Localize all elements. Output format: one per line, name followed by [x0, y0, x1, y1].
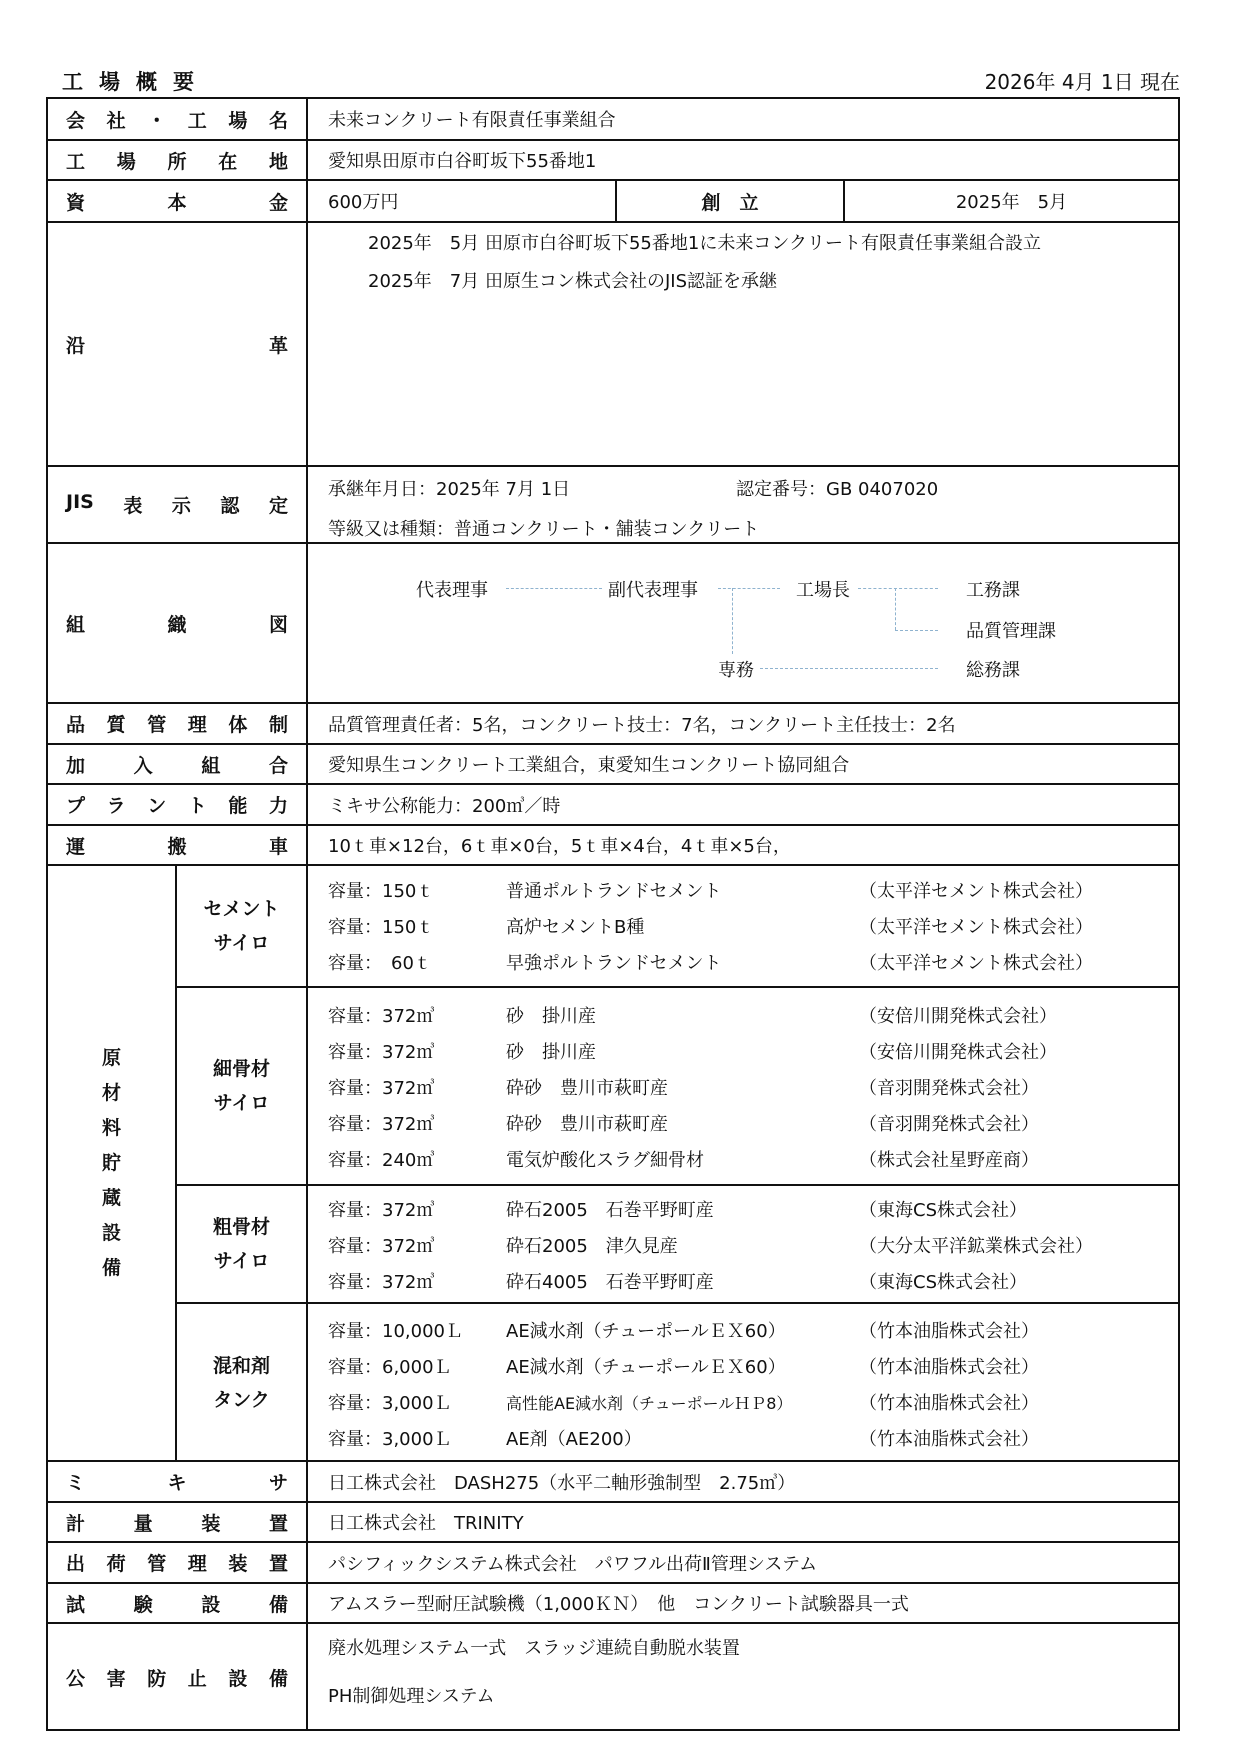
item-maker: （竹本油脂株式会社） [859, 1389, 1039, 1415]
row-history: 沿革 2025年 5月 田原市白谷町坂下55番地1に未来コンクリート有限責任事業… [48, 221, 1178, 465]
storage-item: 容量：372㎥砕砂 豊川市萩町産（音羽開発株式会社） [328, 1105, 1178, 1141]
item-maker: （安倍川開発株式会社） [859, 1002, 1057, 1028]
storage-group-admixture: 混和剤タンク 容量：10,000ＬAE減水剤（チューポールＥＸ60）（竹本油脂株… [177, 1302, 1178, 1462]
storage-item: 容量： 60ｔ早強ポルトランドセメント（太平洋セメント株式会社） [328, 944, 1178, 980]
label-char: 料 [102, 1111, 121, 1146]
item-capacity: 容量：10,000Ｌ [328, 1317, 506, 1343]
as-of-date: 2026年 4月 1日 現在 [985, 66, 1180, 95]
value-location: 愛知県田原市白谷町坂下55番地1 [308, 141, 1178, 179]
item-capacity: 容量：372㎥ [328, 1110, 506, 1136]
founded-label: 創 立 [617, 181, 843, 221]
org-connector [506, 588, 602, 589]
label-char: ト [188, 791, 207, 818]
item-maker: （竹本油脂株式会社） [859, 1317, 1039, 1343]
history-entry: 2025年 5月 田原市白谷町坂下55番地1に未来コンクリート有限責任事業組合設… [368, 229, 1041, 255]
pollution-line: 廃水処理システム一式 スラッジ連続自動脱水装置 [328, 1634, 740, 1660]
row-quality-system: 品質管理体制 品質管理責任者：5名，コンクリート技士：7名，コンクリート主任技士… [48, 702, 1178, 743]
label-char: 備 [102, 1251, 121, 1286]
item-capacity: 容量： 60ｔ [328, 949, 506, 975]
item-name: 電気炉酸化スラグ細骨材 [506, 1146, 859, 1172]
item-capacity: 容量：3,000Ｌ [328, 1425, 506, 1451]
org-connector [895, 588, 896, 630]
label-admixture-tank: 混和剤タンク [177, 1304, 308, 1462]
org-node-plant-manager: 工場長 [796, 576, 850, 602]
storage-item: 容量：150ｔ高炉セメントB種（太平洋セメント株式会社） [328, 908, 1178, 944]
label-char: 品 [66, 710, 85, 737]
item-name: 砂 掛川産 [506, 1038, 859, 1064]
history-entry: 2025年 7月 田原生コン株式会社のJIS認証を承継 [368, 267, 777, 293]
item-maker: （音羽開発株式会社） [859, 1110, 1039, 1136]
label-char: 図 [269, 610, 288, 637]
label-batching: 計量装置 [48, 1503, 308, 1541]
item-capacity: 容量：150ｔ [328, 913, 506, 939]
label-jis: JIS表示認定 [48, 467, 308, 542]
label-char: 革 [269, 331, 288, 358]
label-char: 止 [188, 1664, 207, 1691]
label-char: 防 [147, 1664, 166, 1691]
row-org-chart: 組織図 代表理事 副代表理事 工場長 工務課 品質管理課 専務 総務課 [48, 542, 1178, 702]
storage-item: 容量：6,000ＬAE減水剤（チューポールＥＸ60）（竹本油脂株式会社） [328, 1348, 1178, 1384]
item-capacity: 容量：372㎥ [328, 1002, 506, 1028]
storage-item: 容量：150ｔ普通ポルトランドセメント（太平洋セメント株式会社） [328, 872, 1178, 908]
value-quality-system: 品質管理責任者：5名，コンクリート技士：7名，コンクリート主任技士：2名 [308, 704, 1178, 743]
label-char: 運 [66, 832, 85, 859]
plant-overview-table: 会社・工場名 未来コンクリート有限責任事業組合 工場所在地 愛知県田原市白谷町坂… [46, 97, 1180, 1731]
row-testing: 試験設備 アムスラー型耐圧試験機（1,000ＫＮ） 他 コンクリート試験器具一式 [48, 1582, 1178, 1622]
value-mixer: 日工株式会社 DASH275（水平二軸形強制型 2.75㎥） [308, 1462, 1178, 1501]
row-capital: 資本金 600万円 創 立 2025年 5月 [48, 179, 1178, 221]
label-char: 搬 [167, 832, 186, 859]
label-char: 設 [102, 1216, 121, 1251]
label-char: JIS [66, 491, 94, 518]
label-char: 験 [134, 1590, 153, 1617]
label-char: 合 [269, 751, 288, 778]
row-pollution: 公害防止設備 廃水処理システム一式 スラッジ連続自動脱水装置 PH制御処理システ… [48, 1622, 1178, 1731]
label-char: 名 [269, 106, 288, 133]
label-capital: 資本金 [48, 181, 308, 221]
item-capacity: 容量：372㎥ [328, 1268, 506, 1294]
org-connector [718, 588, 780, 589]
founded-value: 2025年 5月 [845, 181, 1178, 221]
row-location: 工場所在地 愛知県田原市白谷町坂下55番地1 [48, 139, 1178, 179]
label-char: 組 [66, 610, 85, 637]
org-node-chairman: 代表理事 [416, 576, 488, 602]
label-char: 場 [117, 147, 136, 174]
label-char: 工 [188, 106, 207, 133]
label-company: 会社・工場名 [48, 99, 308, 139]
label-pollution: 公害防止設備 [48, 1624, 308, 1731]
label-char: 加 [66, 751, 85, 778]
value-plant-capacity: ミキサ公称能力：200㎥／時 [308, 785, 1178, 824]
storage-item: 容量：240㎥電気炉酸化スラグ細骨材（株式会社星野産商） [328, 1141, 1178, 1177]
item-name: AE剤（AE200） [506, 1425, 859, 1451]
storage-item: 容量：372㎥砕石2005 石巻平野町産（東海CS株式会社） [328, 1191, 1178, 1227]
label-char: 工 [66, 147, 85, 174]
label-storage: 原材料貯蔵設備 [48, 866, 177, 1460]
org-connector [895, 630, 938, 631]
storage-item: 容量：372㎥砕石4005 石巻平野町産（東海CS株式会社） [328, 1263, 1178, 1299]
label-char: 置 [269, 1549, 288, 1576]
group-label-line: 細骨材 [213, 1052, 270, 1086]
item-capacity: 容量：372㎥ [328, 1074, 506, 1100]
label-char: 会 [66, 106, 85, 133]
row-shipping: 出荷管理装置 パシフィックシステム株式会社 パワフル出荷Ⅱ管理システム [48, 1541, 1178, 1582]
label-char: プ [66, 791, 85, 818]
label-char: 貯 [102, 1146, 121, 1181]
row-company: 会社・工場名 未来コンクリート有限責任事業組合 [48, 99, 1178, 139]
label-char: 車 [269, 832, 288, 859]
label-location: 工場所在地 [48, 141, 308, 179]
item-maker: （株式会社星野産商） [859, 1146, 1039, 1172]
storage-group-cement: セメントサイロ 容量：150ｔ普通ポルトランドセメント（太平洋セメント株式会社）… [177, 866, 1178, 986]
page-title: 工場概要 [62, 66, 210, 96]
item-maker: （竹本油脂株式会社） [859, 1353, 1039, 1379]
label-char: 備 [269, 1664, 288, 1691]
label-char: サ [269, 1468, 288, 1495]
label-org-chart: 組織図 [48, 544, 308, 702]
label-char: 置 [269, 1509, 288, 1536]
label-plant-capacity: プラント能力 [48, 785, 308, 824]
row-jis: JIS表示認定 承継年月日：2025年 7月 1日 認定番号：GB 040702… [48, 465, 1178, 542]
label-quality-system: 品質管理体制 [48, 704, 308, 743]
jis-grade: 等級又は種類：普通コンクリート・舗装コンクリート [328, 515, 759, 541]
label-char: 管 [147, 710, 166, 737]
item-capacity: 容量：372㎥ [328, 1232, 506, 1258]
label-history: 沿革 [48, 223, 308, 465]
label-char: 入 [134, 751, 153, 778]
label-char: 資 [66, 188, 85, 215]
storage-item: 容量：3,000ＬAE剤（AE200）（竹本油脂株式会社） [328, 1420, 1178, 1456]
row-storage: 原材料貯蔵設備 セメントサイロ 容量：150ｔ普通ポルトランドセメント（太平洋セ… [48, 864, 1178, 1460]
group-label-line: サイロ [214, 926, 270, 960]
storage-group-fine-aggregate: 細骨材サイロ 容量：372㎥砂 掛川産（安倍川開発株式会社）容量：372㎥砂 掛… [177, 986, 1178, 1184]
item-name: 高炉セメントB種 [506, 913, 859, 939]
label-char: 出 [66, 1549, 85, 1576]
label-char: 表 [123, 491, 142, 518]
label-char: 体 [228, 710, 247, 737]
value-trucks: 10ｔ車×12台，6ｔ車×0台，5ｔ車×4台，4ｔ車×5台， [308, 826, 1178, 864]
item-name: 砕石4005 石巻平野町産 [506, 1268, 859, 1294]
label-char: 沿 [66, 331, 85, 358]
label-cement-silo: セメントサイロ [177, 866, 308, 986]
org-connector [760, 668, 938, 669]
label-union: 加入組合 [48, 745, 308, 783]
item-capacity: 容量：6,000Ｌ [328, 1353, 506, 1379]
item-name: 砕石2005 石巻平野町産 [506, 1196, 859, 1222]
label-char: ラ [107, 791, 126, 818]
label-char: 理 [188, 710, 207, 737]
row-trucks: 運搬車 10ｔ車×12台，6ｔ車×0台，5ｔ車×4台，4ｔ車×5台， [48, 824, 1178, 864]
item-name: 早強ポルトランドセメント [506, 949, 859, 975]
org-connector [858, 588, 938, 589]
storage-item: 容量：372㎥砕砂 豊川市萩町産（音羽開発株式会社） [328, 1069, 1178, 1105]
label-char: 備 [269, 1590, 288, 1617]
item-maker: （太平洋セメント株式会社） [859, 949, 1093, 975]
item-name: 普通ポルトランドセメント [506, 877, 859, 903]
item-capacity: 容量：150ｔ [328, 877, 506, 903]
label-char: 量 [134, 1509, 153, 1536]
label-char: 蔵 [102, 1181, 121, 1216]
org-node-vice-chairman: 副代表理事 [608, 576, 698, 602]
group-label-line: 混和剤 [213, 1349, 270, 1383]
value-company: 未来コンクリート有限責任事業組合 [308, 99, 1178, 139]
item-maker: （安倍川開発株式会社） [859, 1038, 1057, 1064]
group-label-line: サイロ [214, 1244, 270, 1278]
label-char: キ [167, 1468, 186, 1495]
label-char: 計 [66, 1509, 85, 1536]
row-plant-capacity: プラント能力 ミキサ公称能力：200㎥／時 [48, 783, 1178, 824]
label-char: 制 [269, 710, 288, 737]
label-char: 装 [201, 1509, 220, 1536]
label-char: 原 [102, 1041, 121, 1076]
label-char: 能 [228, 791, 247, 818]
storage-item: 容量：372㎥砂 掛川産（安倍川開発株式会社） [328, 997, 1178, 1033]
storage-item: 容量：372㎥砕石2005 津久見産（大分太平洋鉱業株式会社） [328, 1227, 1178, 1263]
label-mixer: ミキサ [48, 1462, 308, 1501]
label-char: 設 [201, 1590, 220, 1617]
row-mixer: ミキサ 日工株式会社 DASH275（水平二軸形強制型 2.75㎥） [48, 1460, 1178, 1501]
label-char: 試 [66, 1590, 85, 1617]
label-char: 認 [220, 491, 239, 518]
storage-item: 容量：10,000ＬAE減水剤（チューポールＥＸ60）（竹本油脂株式会社） [328, 1312, 1178, 1348]
jis-succession-date: 承継年月日：2025年 7月 1日 [328, 475, 570, 501]
value-testing: アムスラー型耐圧試験機（1,000ＫＮ） 他 コンクリート試験器具一式 [308, 1584, 1178, 1622]
item-capacity: 容量：372㎥ [328, 1196, 506, 1222]
org-connector [732, 588, 733, 654]
item-maker: （竹本油脂株式会社） [859, 1425, 1039, 1451]
label-char: 理 [188, 1549, 207, 1576]
label-char: 示 [172, 491, 191, 518]
label-char: 害 [107, 1664, 126, 1691]
item-name: 砕砂 豊川市萩町産 [506, 1110, 859, 1136]
group-label-line: サイロ [214, 1086, 270, 1120]
item-name: 高性能AE減水剤（チューポールＨＰ8） [506, 1391, 859, 1414]
label-char: 社 [107, 106, 126, 133]
label-char: 公 [66, 1664, 85, 1691]
label-char: 力 [269, 791, 288, 818]
item-maker: （大分太平洋鉱業株式会社） [859, 1232, 1093, 1258]
label-char: 本 [167, 188, 186, 215]
label-shipping: 出荷管理装置 [48, 1543, 308, 1582]
label-char: 所 [167, 147, 186, 174]
label-char: ン [147, 791, 166, 818]
value-union: 愛知県生コンクリート工業組合，東愛知生コンクリート協同組合 [308, 745, 1178, 783]
item-maker: （太平洋セメント株式会社） [859, 877, 1093, 903]
label-char: 定 [269, 491, 288, 518]
item-maker: （太平洋セメント株式会社） [859, 913, 1093, 939]
label-char: 質 [107, 710, 126, 737]
item-name: 砕砂 豊川市萩町産 [506, 1074, 859, 1100]
row-union: 加入組合 愛知県生コンクリート工業組合，東愛知生コンクリート協同組合 [48, 743, 1178, 783]
label-testing: 試験設備 [48, 1584, 308, 1622]
label-char: 金 [269, 188, 288, 215]
group-label-line: セメント [203, 892, 279, 926]
item-name: AE減水剤（チューポールＥＸ60） [506, 1353, 859, 1379]
item-maker: （音羽開発株式会社） [859, 1074, 1039, 1100]
label-char: 地 [269, 147, 288, 174]
row-batching: 計量装置 日工株式会社 TRINITY [48, 1501, 1178, 1541]
org-node-engineering: 工務課 [966, 576, 1020, 602]
label-char: 材 [102, 1076, 121, 1111]
label-char: 装 [228, 1549, 247, 1576]
group-label-line: 粗骨材 [213, 1210, 270, 1244]
label-fine-aggregate-silo: 細骨材サイロ [177, 988, 308, 1184]
label-char: 織 [167, 610, 186, 637]
item-name: AE減水剤（チューポールＥＸ60） [506, 1317, 859, 1343]
org-node-managing: 専務 [718, 656, 754, 682]
label-trucks: 運搬車 [48, 826, 308, 864]
pollution-line: PH制御処理システム [328, 1682, 495, 1708]
jis-cert-number: 認定番号：GB 0407020 [736, 475, 938, 501]
item-maker: （東海CS株式会社） [859, 1268, 1027, 1294]
label-char: 設 [228, 1664, 247, 1691]
item-name: 砕石2005 津久見産 [506, 1232, 859, 1258]
label-char: ・ [147, 106, 166, 133]
value-batching: 日工株式会社 TRINITY [308, 1503, 1178, 1541]
label-char: 荷 [107, 1549, 126, 1576]
item-capacity: 容量：372㎥ [328, 1038, 506, 1064]
value-shipping: パシフィックシステム株式会社 パワフル出荷Ⅱ管理システム [308, 1543, 1178, 1582]
org-node-quality: 品質管理課 [966, 617, 1056, 643]
item-maker: （東海CS株式会社） [859, 1196, 1027, 1222]
label-char: 管 [147, 1549, 166, 1576]
item-capacity: 容量：240㎥ [328, 1146, 506, 1172]
label-char: 組 [201, 751, 220, 778]
label-coarse-aggregate-silo: 粗骨材サイロ [177, 1186, 308, 1302]
storage-item: 容量：3,000Ｌ高性能AE減水剤（チューポールＨＰ8）（竹本油脂株式会社） [328, 1384, 1178, 1420]
label-char: 在 [218, 147, 237, 174]
label-char: ミ [66, 1468, 85, 1495]
org-node-general-affairs: 総務課 [966, 656, 1020, 682]
group-label-line: タンク [213, 1383, 270, 1417]
storage-group-coarse-aggregate: 粗骨材サイロ 容量：372㎥砕石2005 石巻平野町産（東海CS株式会社）容量：… [177, 1184, 1178, 1302]
item-name: 砂 掛川産 [506, 1002, 859, 1028]
label-char: 場 [228, 106, 247, 133]
storage-item: 容量：372㎥砂 掛川産（安倍川開発株式会社） [328, 1033, 1178, 1069]
item-capacity: 容量：3,000Ｌ [328, 1389, 506, 1415]
